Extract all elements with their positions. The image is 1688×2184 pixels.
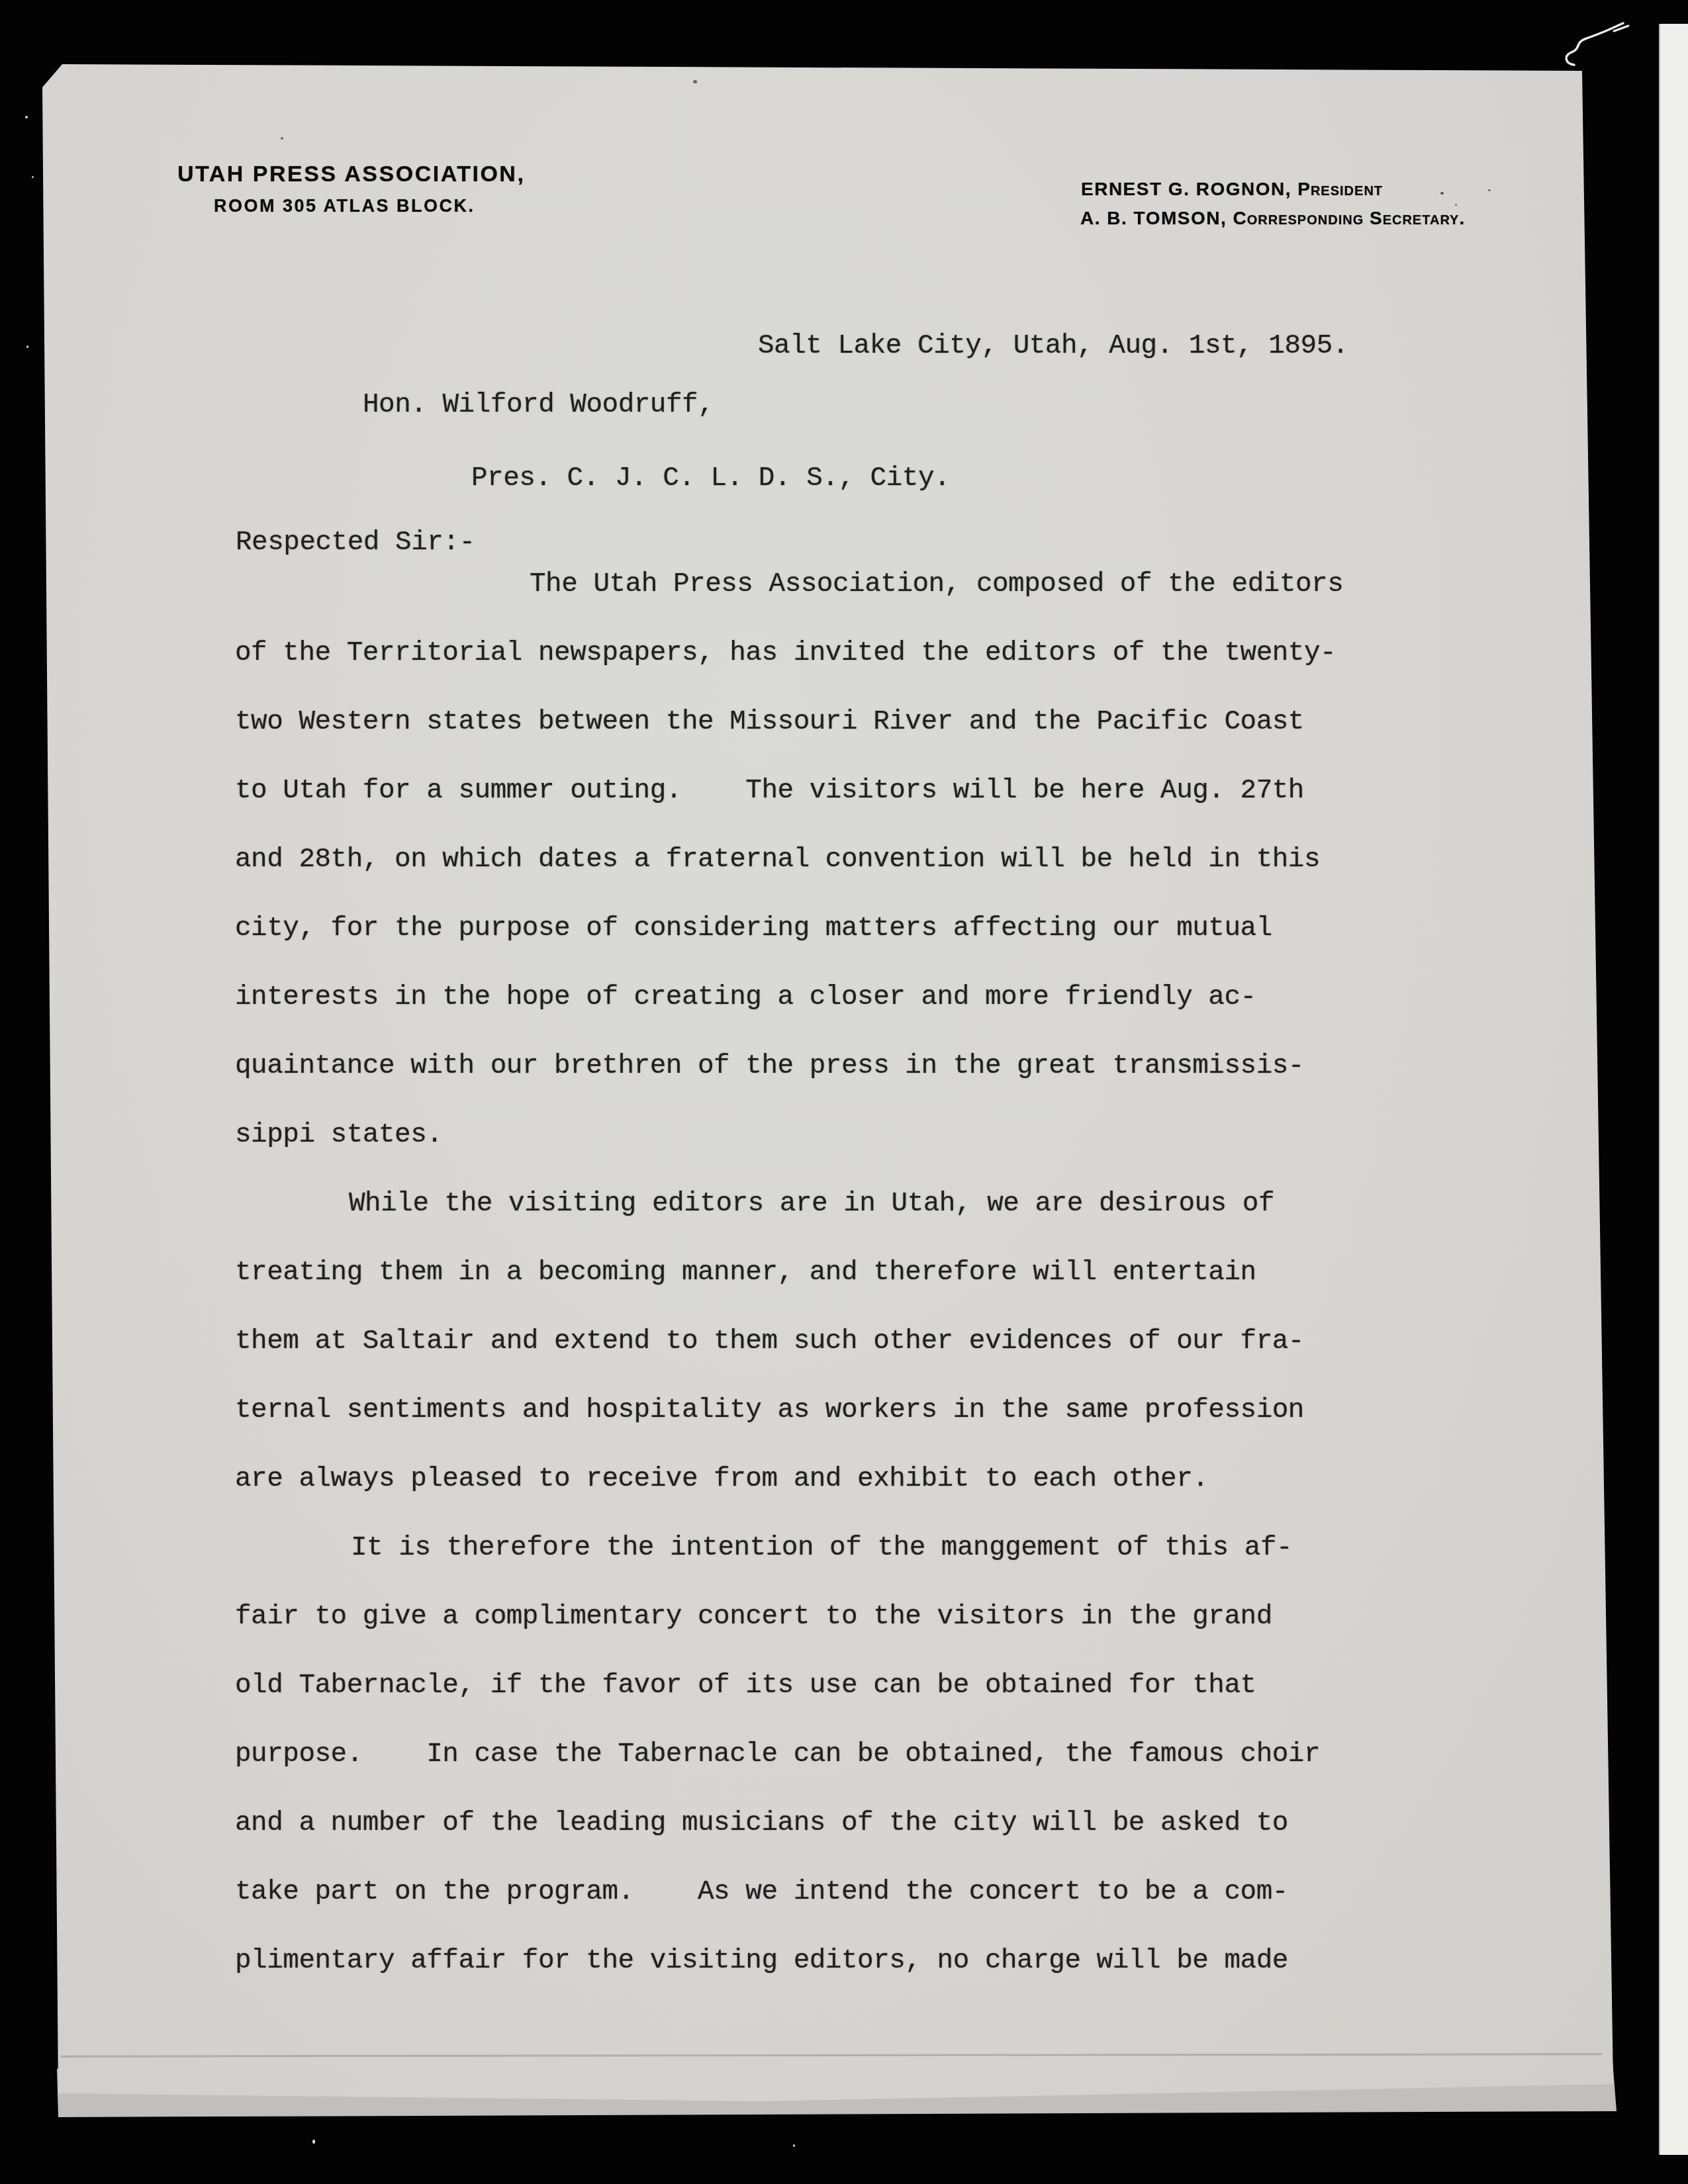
thread-artifact xyxy=(1546,17,1652,77)
body-line: and a number of the leading musicians of… xyxy=(235,1808,1288,1839)
letterhead-org-address: ROOM 305 ATLAS BLOCK. xyxy=(214,196,475,216)
letterhead-org-name: UTAH PRESS ASSOCIATION, xyxy=(177,161,525,187)
body-line: of the Territorial newspapers, has invit… xyxy=(235,638,1336,668)
scanned-letter-page: UTAH PRESS ASSOCIATION, ROOM 305 ATLAS B… xyxy=(0,0,1688,2184)
paper-speck xyxy=(1440,192,1444,195)
body-line: are always pleased to receive from and e… xyxy=(235,1464,1208,1494)
body-line: old Tabernacle, if the favor of its use … xyxy=(235,1670,1256,1701)
paper-crease xyxy=(61,2053,1602,2057)
body-line: them at Saltair and extend to them such … xyxy=(235,1326,1304,1357)
body-line: treating them in a becoming manner, and … xyxy=(235,1257,1256,1288)
recipient-line: Hon. Wilford Woodruff, xyxy=(363,390,714,420)
salutation: Respected Sir:- xyxy=(236,527,475,558)
body-line: city, for the purpose of considering mat… xyxy=(235,913,1272,944)
body-line: It is therefore the intention of the man… xyxy=(351,1533,1292,1563)
president-title: President xyxy=(1297,179,1383,199)
body-line: interests in the hope of creating a clos… xyxy=(235,982,1256,1013)
president-name: ERNEST G. ROGNON, xyxy=(1081,179,1291,199)
dateline: Salt Lake City, Utah, Aug. 1st, 1895. xyxy=(758,331,1348,361)
dust-speck xyxy=(312,2140,315,2144)
recipient-line: Pres. C. J. C. L. D. S., City. xyxy=(471,463,950,494)
letterhead-secretary-line: A. B. TOMSON, Corresponding Secretary. xyxy=(1080,208,1465,229)
body-line: to Utah for a summer outing. The visitor… xyxy=(235,776,1304,806)
dust-speck xyxy=(25,116,28,118)
dust-speck xyxy=(793,2144,795,2147)
paper-speck xyxy=(281,137,283,140)
letterhead-president-line: ERNEST G. ROGNON, President xyxy=(1081,179,1383,200)
paper-speck xyxy=(457,201,459,203)
paper-speck xyxy=(1455,204,1457,206)
secretary-title: Corresponding Secretary. xyxy=(1233,208,1466,228)
body-line: plimentary affair for the visiting edito… xyxy=(235,1946,1288,1976)
body-line: ternal sentiments and hospitality as wor… xyxy=(235,1395,1304,1426)
body-line: quaintance with our brethren of the pres… xyxy=(235,1051,1304,1081)
letter-paper: UTAH PRESS ASSOCIATION, ROOM 305 ATLAS B… xyxy=(0,0,1688,2184)
paper-speck xyxy=(693,80,697,83)
body-line: and 28th, on which dates a fraternal con… xyxy=(235,844,1320,875)
body-line: take part on the program. As we intend t… xyxy=(235,1877,1288,1907)
secretary-name: A. B. TOMSON, xyxy=(1080,208,1227,228)
adjacent-page-edge xyxy=(1659,24,1688,2155)
body-line: purpose. In case the Tabernacle can be o… xyxy=(235,1739,1320,1770)
paper-speck xyxy=(1488,189,1491,191)
dust-speck xyxy=(26,345,28,348)
dust-speck xyxy=(32,176,34,178)
body-line: The Utah Press Association, composed of … xyxy=(530,569,1343,600)
body-line: While the visiting editors are in Utah, … xyxy=(349,1189,1274,1219)
body-line: fair to give a complimentary concert to … xyxy=(235,1602,1272,1632)
body-line: sippi states. xyxy=(235,1120,442,1150)
body-line: two Western states between the Missouri … xyxy=(235,707,1304,737)
